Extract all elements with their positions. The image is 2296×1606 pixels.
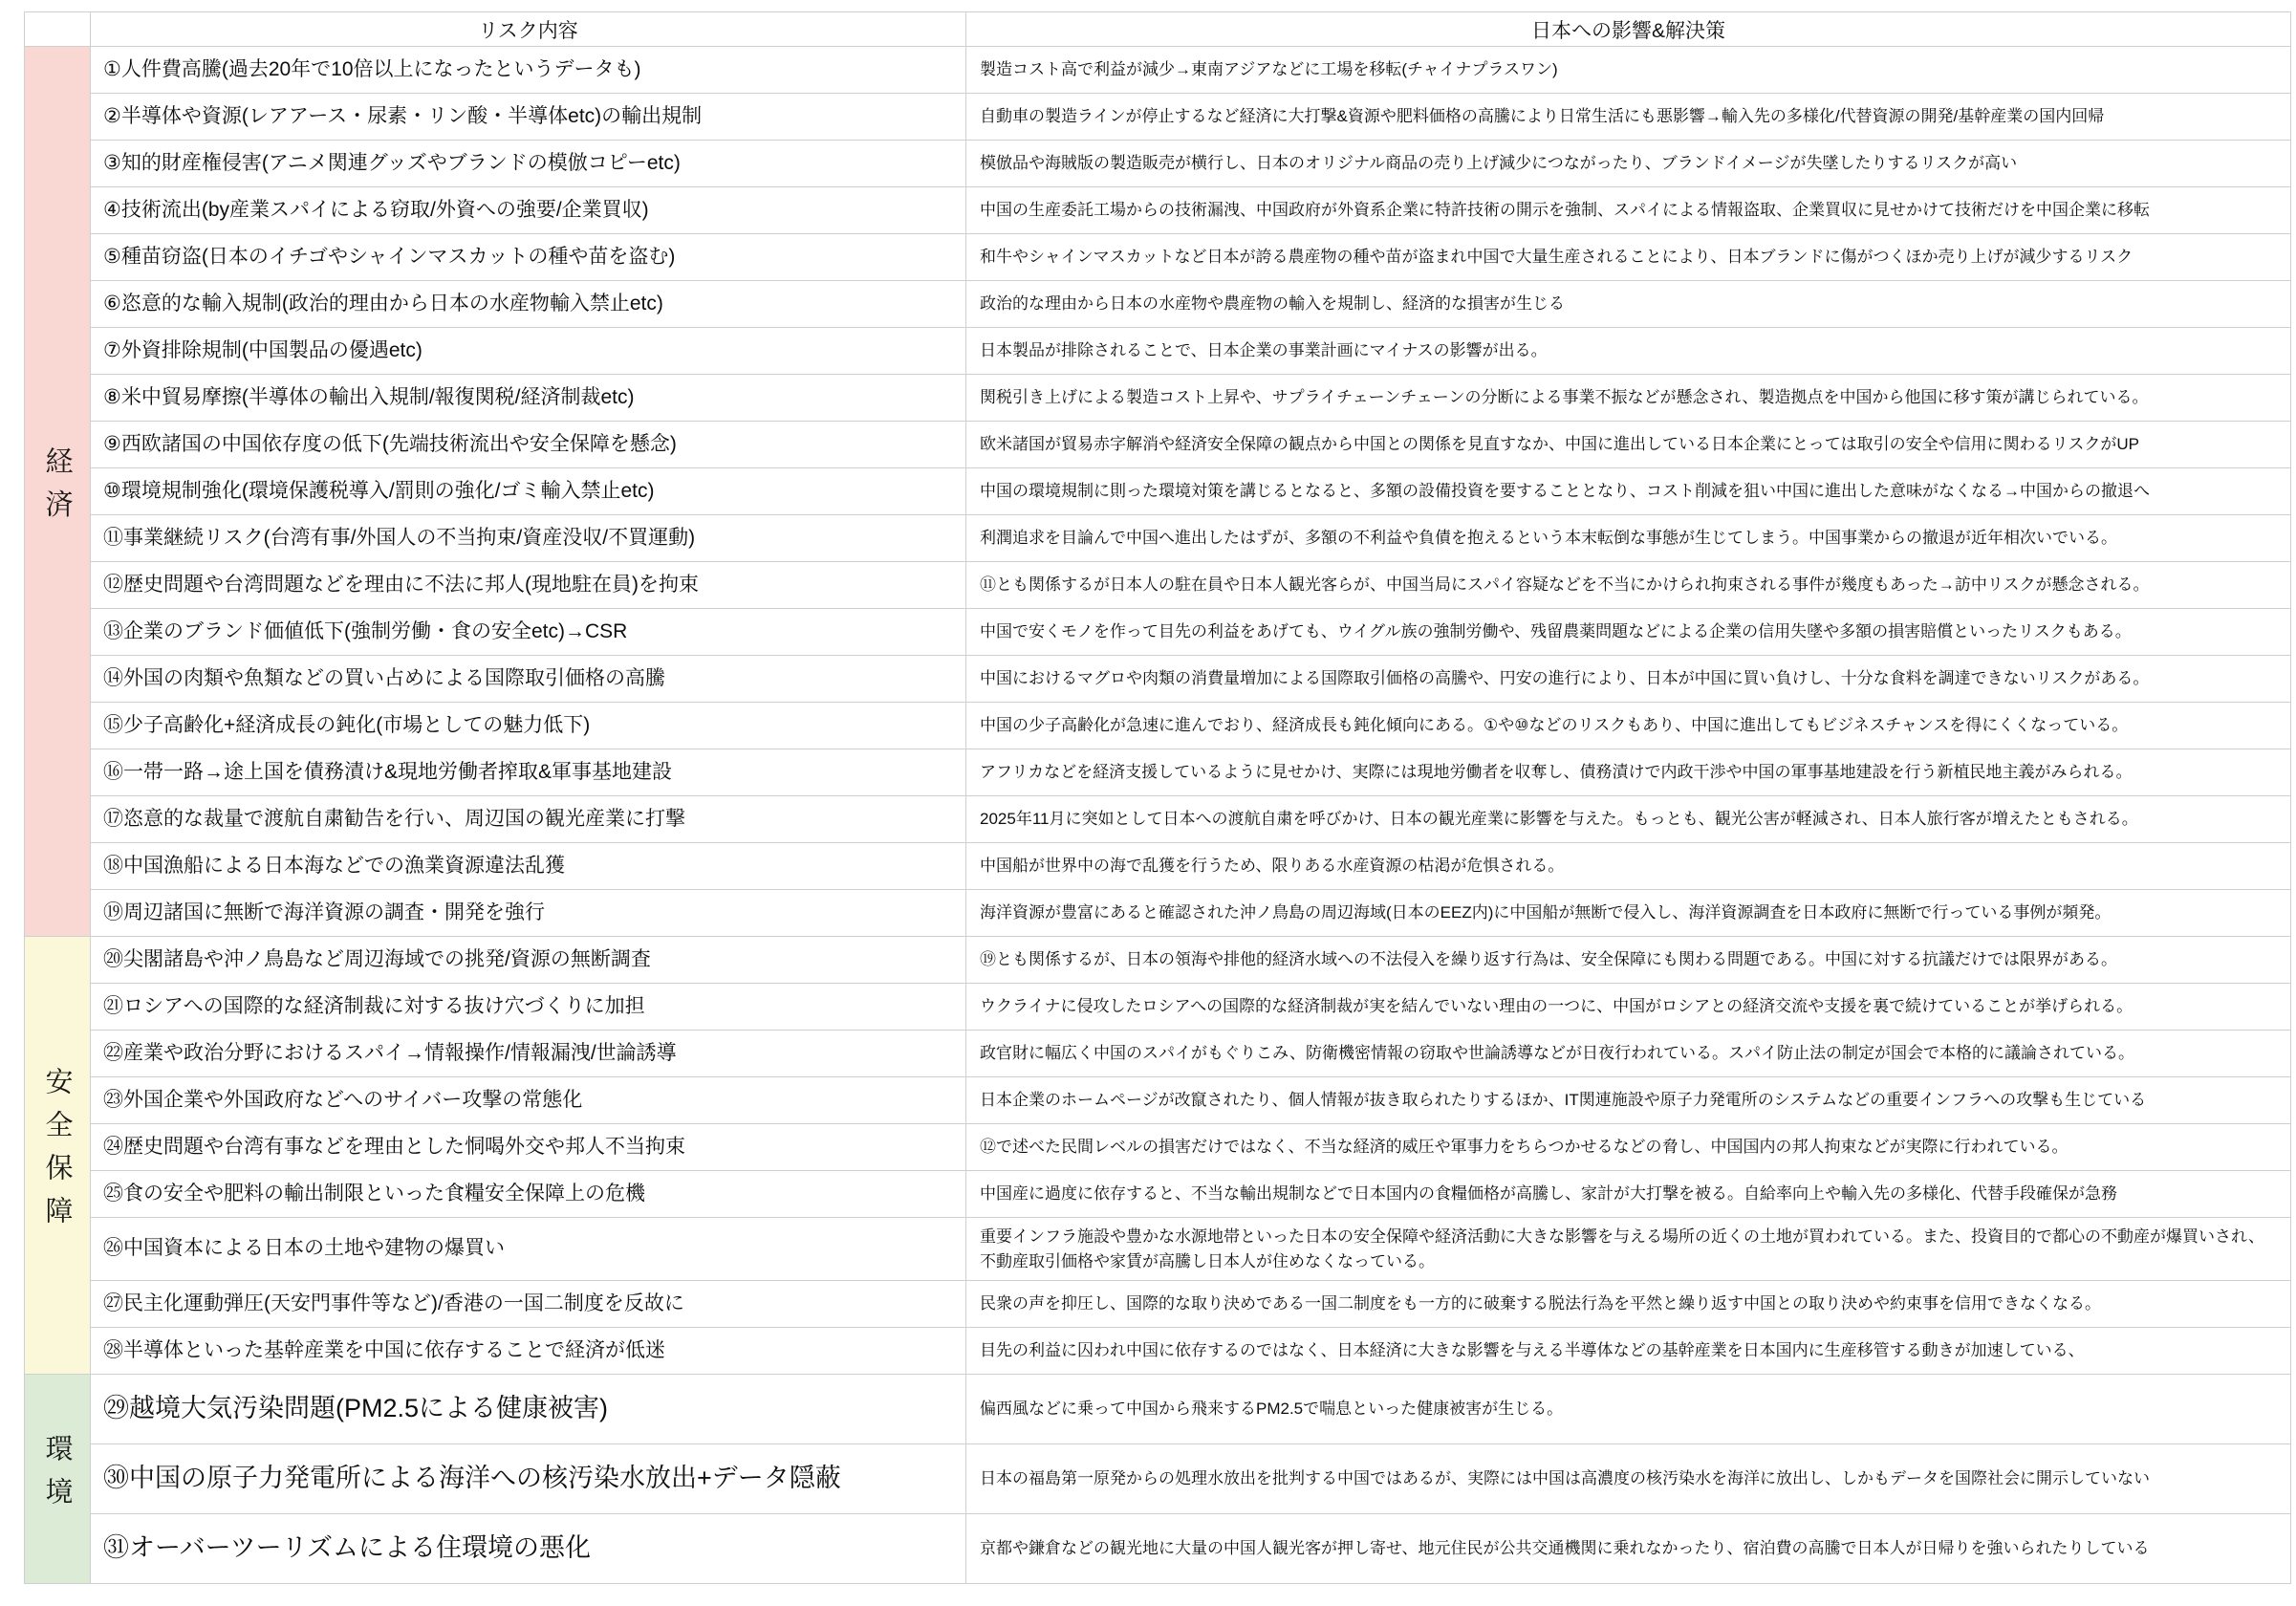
- category-economy-label: 経済: [38, 446, 77, 532]
- risk-cell: ⑳尖閣諸島や沖ノ鳥島など周辺海域での挑発/資源の無断調査: [91, 937, 966, 984]
- impact-cell: 偏西風などに乗って中国から飛来するPM2.5で喘息といった健康被害が生じる。: [966, 1375, 2291, 1444]
- table-row: ㉒産業や政治分野におけるスパイ→情報操作/情報漏洩/世論誘導 政官財に幅広く中国…: [25, 1031, 2291, 1077]
- table-row: ④技術流出(by産業スパイによる窃取/外資への強要/企業買収) 中国の生産委託工…: [25, 187, 2291, 234]
- risk-cell: ②半導体や資源(レアアース・尿素・リン酸・半導体etc)の輸出規制: [91, 94, 966, 141]
- risk-cell: ③知的財産権侵害(アニメ関連グッズやブランドの模倣コピーetc): [91, 141, 966, 187]
- table-row: ⑯一帯一路→途上国を債務漬け&現地労働者搾取&軍事基地建設 アフリカなどを経済支…: [25, 749, 2291, 796]
- table-row: ⑥恣意的な輸入規制(政治的理由から日本の水産物輸入禁止etc) 政治的な理由から…: [25, 281, 2291, 328]
- risk-cell: ⑩環境規制強化(環境保護税導入/罰則の強化/ゴミ輸入禁止etc): [91, 468, 966, 515]
- impact-cell: 中国船が世界中の海で乱獲を行うため、限りある水産資源の枯渇が危惧される。: [966, 843, 2291, 890]
- impact-cell: ⑫で述べた民間レベルの損害だけではなく、不当な経済的威圧や軍事力をちらつかせるな…: [966, 1124, 2291, 1171]
- table-row: ㉛オーバーツーリズムによる住環境の悪化 京都や鎌倉などの観光地に大量の中国人観光…: [25, 1514, 2291, 1584]
- risk-cell: ㉗民主化運動弾圧(天安門事件等など)/香港の一国二制度を反故に: [91, 1281, 966, 1328]
- table-row: ㉗民主化運動弾圧(天安門事件等など)/香港の一国二制度を反故に 民衆の声を抑圧し…: [25, 1281, 2291, 1328]
- risk-cell: ⑬企業のブランド価値低下(強制労働・食の安全etc)→CSR: [91, 609, 966, 656]
- risk-cell: ⑦外資排除規制(中国製品の優遇etc): [91, 328, 966, 375]
- risk-cell: ㉑ロシアへの国際的な経済制裁に対する抜け穴づくりに加担: [91, 984, 966, 1031]
- impact-cell: 模倣品や海賊版の製造販売が横行し、日本のオリジナル商品の売り上げ減少につながった…: [966, 141, 2291, 187]
- impact-cell: 日本企業のホームページが改竄されたり、個人情報が抜き取られたりするほか、IT関連…: [966, 1077, 2291, 1124]
- risk-cell: ⑭外国の肉類や魚類などの買い占めによる国際取引価格の高騰: [91, 656, 966, 703]
- table-row: ⑧米中貿易摩擦(半導体の輸出入規制/報復関税/経済制裁etc) 関税引き上げによ…: [25, 375, 2291, 422]
- impact-cell: 関税引き上げによる製造コスト上昇や、サプライチェーンチェーンの分断による事業不振…: [966, 375, 2291, 422]
- impact-cell: 製造コスト高で利益が減少→東南アジアなどに工場を移転(チャイナプラスワン): [966, 47, 2291, 94]
- table-row: ㉔歴史問題や台湾有事などを理由とした恫喝外交や邦人不当拘束 ⑫で述べた民間レベル…: [25, 1124, 2291, 1171]
- table-row: ⑰恣意的な裁量で渡航自粛勧告を行い、周辺国の観光産業に打撃 2025年11月に突…: [25, 796, 2291, 843]
- table-row: ㉕食の安全や肥料の輸出制限といった食糧安全保障上の危機 中国産に過度に依存すると…: [25, 1171, 2291, 1218]
- table-row: ⑭外国の肉類や魚類などの買い占めによる国際取引価格の高騰 中国におけるマグロや肉…: [25, 656, 2291, 703]
- category-security: 安全保障: [25, 937, 91, 1375]
- table-row: ㉘半導体といった基幹産業を中国に依存することで経済が低迷 目先の利益に囚われ中国…: [25, 1328, 2291, 1375]
- table-row: 環境 ㉙越境大気汚染問題(PM2.5による健康被害) 偏西風などに乗って中国から…: [25, 1375, 2291, 1444]
- table-row: ⑫歴史問題や台湾問題などを理由に不法に邦人(現地駐在員)を拘束 ⑪とも関係するが…: [25, 562, 2291, 609]
- impact-cell: 政官財に幅広く中国のスパイがもぐりこみ、防衛機密情報の窃取や世論誘導などが日夜行…: [966, 1031, 2291, 1077]
- impact-cell: 京都や鎌倉などの観光地に大量の中国人観光客が押し寄せ、地元住民が公共交通機関に乗…: [966, 1514, 2291, 1584]
- risk-cell: ㉓外国企業や外国政府などへのサイバー攻撃の常態化: [91, 1077, 966, 1124]
- risk-table: リスク内容 日本への影響&解決策 経済 ①人件費高騰(過去20年で10倍以上にな…: [24, 11, 2291, 1584]
- table-row: ⑱中国漁船による日本海などでの漁業資源違法乱獲 中国船が世界中の海で乱獲を行うた…: [25, 843, 2291, 890]
- table-row: ⑦外資排除規制(中国製品の優遇etc) 日本製品が排除されることで、日本企業の事…: [25, 328, 2291, 375]
- impact-cell: アフリカなどを経済支援しているように見せかけ、実際には現地労働者を収奪し、債務漬…: [966, 749, 2291, 796]
- risk-cell: ⑯一帯一路→途上国を債務漬け&現地労働者搾取&軍事基地建設: [91, 749, 966, 796]
- impact-cell: 目先の利益に囚われ中国に依存するのではなく、日本経済に大きな影響を与える半導体な…: [966, 1328, 2291, 1375]
- risk-cell: ⑮少子高齢化+経済成長の鈍化(市場としての魅力低下): [91, 703, 966, 749]
- impact-cell: 日本製品が排除されることで、日本企業の事業計画にマイナスの影響が出る。: [966, 328, 2291, 375]
- risk-cell: ⑪事業継続リスク(台湾有事/外国人の不当拘束/資産没収/不買運動): [91, 515, 966, 562]
- table-row: ⑲周辺諸国に無断で海洋資源の調査・開発を強行 海洋資源が豊富にあると確認された沖…: [25, 890, 2291, 937]
- impact-cell: 重要インフラ施設や豊かな水源地帯といった日本の安全保障や経済活動に大きな影響を与…: [966, 1218, 2291, 1281]
- risk-cell: ⑨西欧諸国の中国依存度の低下(先端技術流出や安全保障を懸念): [91, 422, 966, 468]
- impact-cell: ウクライナに侵攻したロシアへの国際的な経済制裁が実を結んでいない理由の一つに、中…: [966, 984, 2291, 1031]
- impact-cell: 中国の生産委託工場からの技術漏洩、中国政府が外資系企業に特許技術の開示を強制、ス…: [966, 187, 2291, 234]
- impact-cell: 海洋資源が豊富にあると確認された沖ノ鳥島の周辺海域(日本のEEZ内)に中国船が無…: [966, 890, 2291, 937]
- category-environment-label: 環境: [38, 1434, 77, 1520]
- table-row: ⑪事業継続リスク(台湾有事/外国人の不当拘束/資産没収/不買運動) 利潤追求を目…: [25, 515, 2291, 562]
- impact-cell: 政治的な理由から日本の水産物や農産物の輸入を規制し、経済的な損害が生じる: [966, 281, 2291, 328]
- table-row: ②半導体や資源(レアアース・尿素・リン酸・半導体etc)の輸出規制 自動車の製造…: [25, 94, 2291, 141]
- impact-cell: 自動車の製造ラインが停止するなど経済に大打撃&資源や肥料価格の高騰により日常生活…: [966, 94, 2291, 141]
- table-row: ⑩環境規制強化(環境保護税導入/罰則の強化/ゴミ輸入禁止etc) 中国の環境規制…: [25, 468, 2291, 515]
- risk-cell: ㉔歴史問題や台湾有事などを理由とした恫喝外交や邦人不当拘束: [91, 1124, 966, 1171]
- table-row: ⑬企業のブランド価値低下(強制労働・食の安全etc)→CSR 中国で安くモノを作…: [25, 609, 2291, 656]
- table-row: ⑤種苗窃盗(日本のイチゴやシャインマスカットの種や苗を盗む) 和牛やシャインマス…: [25, 234, 2291, 281]
- impact-cell: 日本の福島第一原発からの処理水放出を批判する中国ではあるが、実際には中国は高濃度…: [966, 1444, 2291, 1514]
- risk-cell: ①人件費高騰(過去20年で10倍以上になったというデータも): [91, 47, 966, 94]
- table-row: 安全保障 ⑳尖閣諸島や沖ノ鳥島など周辺海域での挑発/資源の無断調査 ⑲とも関係す…: [25, 937, 2291, 984]
- impact-cell: 民衆の声を抑圧し、国際的な取り決めである一国二制度をも一方的に破棄する脱法行為を…: [966, 1281, 2291, 1328]
- risk-cell: ㉕食の安全や肥料の輸出制限といった食糧安全保障上の危機: [91, 1171, 966, 1218]
- impact-cell: 中国の少子高齢化が急速に進んでおり、経済成長も鈍化傾向にある。①や⑩などのリスク…: [966, 703, 2291, 749]
- impact-cell: 中国の環境規制に則った環境対策を講じるとなると、多額の設備投資を要することとなり…: [966, 468, 2291, 515]
- impact-cell: 中国産に過度に依存すると、不当な輸出規制などで日本国内の食糧価格が高騰し、家計が…: [966, 1171, 2291, 1218]
- table-row: 経済 ①人件費高騰(過去20年で10倍以上になったというデータも) 製造コスト高…: [25, 47, 2291, 94]
- risk-cell: ⑲周辺諸国に無断で海洋資源の調査・開発を強行: [91, 890, 966, 937]
- category-economy: 経済: [25, 47, 91, 937]
- impact-cell: 和牛やシャインマスカットなど日本が誇る農産物の種や苗が盗まれ中国で大量生産される…: [966, 234, 2291, 281]
- table-row: ㉑ロシアへの国際的な経済制裁に対する抜け穴づくりに加担 ウクライナに侵攻したロシ…: [25, 984, 2291, 1031]
- risk-cell: ㉖中国資本による日本の土地や建物の爆買い: [91, 1218, 966, 1281]
- table-row: ⑨西欧諸国の中国依存度の低下(先端技術流出や安全保障を懸念) 欧米諸国が貿易赤字…: [25, 422, 2291, 468]
- impact-cell: ⑪とも関係するが日本人の駐在員や日本人観光客らが、中国当局にスパイ容疑などを不当…: [966, 562, 2291, 609]
- table-row: ㉖中国資本による日本の土地や建物の爆買い 重要インフラ施設や豊かな水源地帯といっ…: [25, 1218, 2291, 1281]
- risk-cell: ㉙越境大気汚染問題(PM2.5による健康被害): [91, 1375, 966, 1444]
- risk-cell: ⑰恣意的な裁量で渡航自粛勧告を行い、周辺国の観光産業に打撃: [91, 796, 966, 843]
- category-security-label: 安全保障: [38, 1067, 77, 1239]
- table-row: ③知的財産権侵害(アニメ関連グッズやブランドの模倣コピーetc) 模倣品や海賊版…: [25, 141, 2291, 187]
- risk-cell: ⑫歴史問題や台湾問題などを理由に不法に邦人(現地駐在員)を拘束: [91, 562, 966, 609]
- impact-cell: 欧米諸国が貿易赤字解消や経済安全保障の観点から中国との関係を見直すなか、中国に進…: [966, 422, 2291, 468]
- header-cell-empty: [25, 12, 91, 47]
- impact-cell: ⑲とも関係するが、日本の領海や排他的経済水域への不法侵入を繰り返す行為は、安全保…: [966, 937, 2291, 984]
- table-row: ㉚中国の原子力発電所による海洋への核汚染水放出+データ隠蔽 日本の福島第一原発か…: [25, 1444, 2291, 1514]
- risk-cell: ⑥恣意的な輸入規制(政治的理由から日本の水産物輸入禁止etc): [91, 281, 966, 328]
- table-row: ㉓外国企業や外国政府などへのサイバー攻撃の常態化 日本企業のホームページが改竄さ…: [25, 1077, 2291, 1124]
- risk-cell: ㉛オーバーツーリズムによる住環境の悪化: [91, 1514, 966, 1584]
- risk-cell: ⑤種苗窃盗(日本のイチゴやシャインマスカットの種や苗を盗む): [91, 234, 966, 281]
- risk-cell: ㉚中国の原子力発電所による海洋への核汚染水放出+データ隠蔽: [91, 1444, 966, 1514]
- risk-cell: ㉒産業や政治分野におけるスパイ→情報操作/情報漏洩/世論誘導: [91, 1031, 966, 1077]
- risk-cell: ⑧米中貿易摩擦(半導体の輸出入規制/報復関税/経済制裁etc): [91, 375, 966, 422]
- table-row: ⑮少子高齢化+経済成長の鈍化(市場としての魅力低下) 中国の少子高齢化が急速に進…: [25, 703, 2291, 749]
- impact-cell: 中国におけるマグロや肉類の消費量増加による国際取引価格の高騰や、円安の進行により…: [966, 656, 2291, 703]
- risk-cell: ㉘半導体といった基幹産業を中国に依存することで経済が低迷: [91, 1328, 966, 1375]
- header-cell-risk: リスク内容: [91, 12, 966, 47]
- header-row: リスク内容 日本への影響&解決策: [25, 12, 2291, 47]
- impact-cell: 利潤追求を目論んで中国へ進出したはずが、多額の不利益や負債を抱えるという本末転倒…: [966, 515, 2291, 562]
- header-cell-impact: 日本への影響&解決策: [966, 12, 2291, 47]
- category-environment: 環境: [25, 1375, 91, 1584]
- risk-cell: ⑱中国漁船による日本海などでの漁業資源違法乱獲: [91, 843, 966, 890]
- impact-cell: 2025年11月に突如として日本への渡航自粛を呼びかけ、日本の観光産業に影響を与…: [966, 796, 2291, 843]
- impact-cell: 中国で安くモノを作って目先の利益をあげても、ウイグル族の強制労働や、残留農薬問題…: [966, 609, 2291, 656]
- risk-cell: ④技術流出(by産業スパイによる窃取/外資への強要/企業買収): [91, 187, 966, 234]
